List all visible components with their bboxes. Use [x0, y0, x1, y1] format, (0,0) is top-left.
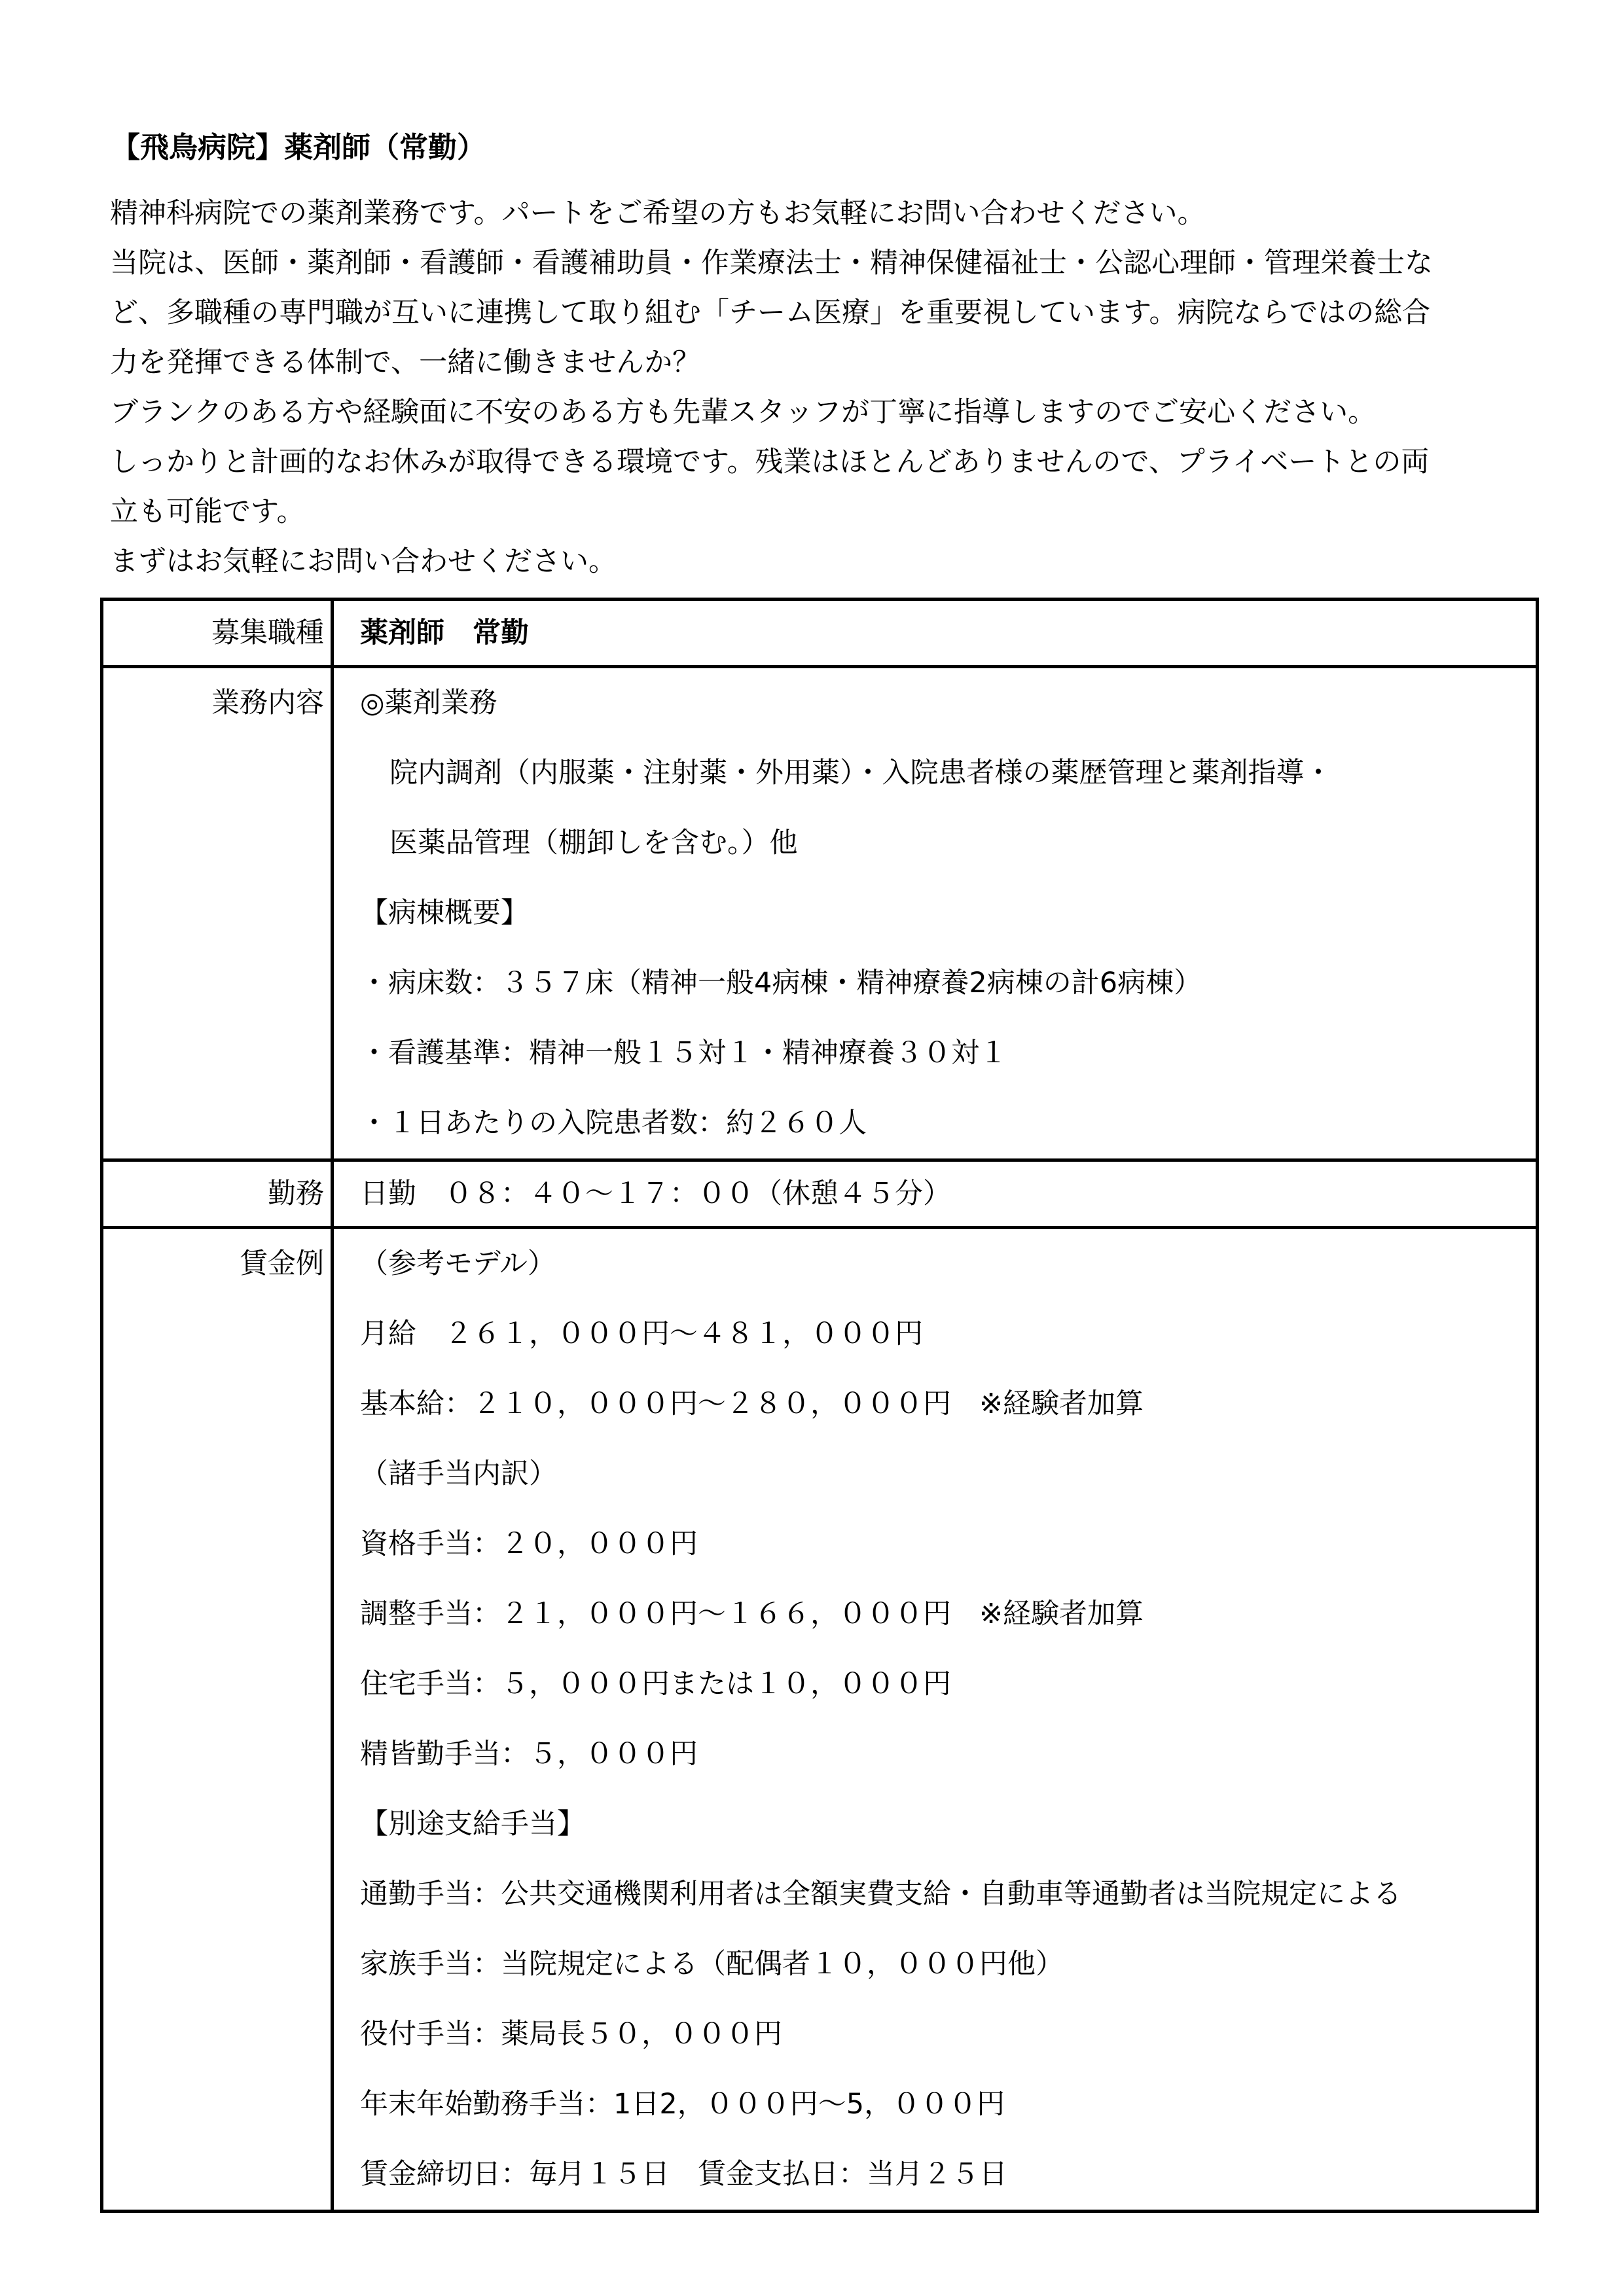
row-value-line: 調整手当：２１，０００円～１６６，０００円 ※経験者加算	[360, 1579, 1536, 1649]
row-value-line: ・看護基準：精神一般１５対１・精神療養３０対１	[360, 1018, 1536, 1088]
row-value-line: 日勤 ０８：４０～１７：００（休憩４５分）	[360, 1162, 1536, 1226]
row-value-line: 役付手当：薬局長５０，０００円	[360, 2000, 1536, 2070]
intro-line: 力を発揮できる体制で、一緒に働きませんか？	[110, 338, 1550, 387]
row-value-line: 薬剤師 常勤	[360, 601, 1536, 665]
row-value-line: 院内調剤（内服薬・注射薬・外用薬）・入院患者様の薬歴管理と薬剤指導・	[360, 738, 1536, 808]
row-value-line: （参考モデル）	[360, 1229, 1536, 1299]
row-label: 賃金例	[103, 1229, 324, 1299]
intro-text: 精神科病院での薬剤業務です。パートをご希望の方もお気軽にお問い合わせください。 …	[110, 188, 1550, 586]
row-label: 募集職種	[103, 601, 324, 665]
intro-line: 立も可能です。	[110, 487, 1550, 537]
row-label: 勤務	[103, 1162, 324, 1226]
intro-line: しっかりと計画的なお休みが取得できる環境です。残業はほとんどありませんので、プラ…	[110, 437, 1550, 487]
intro-line: まずはお気軽にお問い合わせください。	[110, 537, 1550, 586]
row-label: 業務内容	[103, 668, 324, 738]
intro-line: ブランクのある方や経験面に不安のある方も先輩スタッフが丁寧に指導しますのでご安心…	[110, 387, 1550, 437]
row-value-line: 精皆勤手当：５，０００円	[360, 1719, 1536, 1789]
table-row: 業務内容◎薬剤業務院内調剤（内服薬・注射薬・外用薬）・入院患者様の薬歴管理と薬剤…	[102, 667, 1538, 1160]
row-value-line: ・病床数：３５７床（精神一般4病棟・精神療養2病棟の計6病棟）	[360, 948, 1536, 1018]
row-label-cell: 募集職種	[102, 600, 333, 667]
row-label-cell: 業務内容	[102, 667, 333, 1160]
row-value-cell: 薬剤師 常勤	[333, 600, 1538, 667]
row-value-line: 【病棟概要】	[360, 878, 1536, 948]
job-details-table: 募集職種薬剤師 常勤業務内容◎薬剤業務院内調剤（内服薬・注射薬・外用薬）・入院患…	[100, 598, 1539, 2213]
table-row: 賃金例（参考モデル）月給 ２６１，０００円～４８１，０００円基本給：２１０，００…	[102, 1228, 1538, 2212]
row-value-line: 基本給：２１０，０００円～２８０，０００円 ※経験者加算	[360, 1369, 1536, 1439]
intro-line: 精神科病院での薬剤業務です。パートをご希望の方もお気軽にお問い合わせください。	[110, 188, 1550, 238]
page-title: 【飛鳥病院】薬剤師（常勤）	[111, 128, 486, 168]
row-value-line: 月給 ２６１，０００円～４８１，０００円	[360, 1299, 1536, 1369]
intro-line: ど、多職種の専門職が互いに連携して取り組む「チーム医療」を重要視しています。病院…	[110, 288, 1550, 338]
intro-line: 当院は、医師・薬剤師・看護師・看護補助員・作業療法士・精神保健福祉士・公認心理師…	[110, 238, 1550, 288]
row-value-line: 住宅手当：５，０００円または１０，０００円	[360, 1649, 1536, 1719]
table-row: 勤務日勤 ０８：４０～１７：００（休憩４５分）	[102, 1160, 1538, 1228]
row-value-line: ◎薬剤業務	[360, 668, 1536, 738]
table-row: 募集職種薬剤師 常勤	[102, 600, 1538, 667]
row-value-line: 通勤手当：公共交通機関利用者は全額実費支給・自動車等通勤者は当院規定による	[360, 1859, 1536, 1929]
row-value-line: 年末年始勤務手当：1日2，０００円～5，０００円	[360, 2070, 1536, 2140]
row-value-line: 【別途支給手当】	[360, 1789, 1536, 1859]
row-value-cell: （参考モデル）月給 ２６１，０００円～４８１，０００円基本給：２１０，０００円～…	[333, 1228, 1538, 2212]
row-label-cell: 勤務	[102, 1160, 333, 1228]
row-value-line: 家族手当：当院規定による（配偶者１０，０００円他）	[360, 1929, 1536, 2000]
row-label-cell: 賃金例	[102, 1228, 333, 2212]
row-value-cell: ◎薬剤業務院内調剤（内服薬・注射薬・外用薬）・入院患者様の薬歴管理と薬剤指導・医…	[333, 667, 1538, 1160]
row-value-cell: 日勤 ０８：４０～１７：００（休憩４５分）	[333, 1160, 1538, 1228]
row-value-line: 賃金締切日：毎月１５日 賃金支払日：当月２５日	[360, 2140, 1536, 2210]
row-value-line: ・１日あたりの入院患者数：約２６０人	[360, 1088, 1536, 1158]
row-value-line: 資格手当：２０，０００円	[360, 1509, 1536, 1579]
row-value-line: （諸手当内訳）	[360, 1439, 1536, 1509]
row-value-line: 医薬品管理（棚卸しを含む。）他	[360, 808, 1536, 878]
